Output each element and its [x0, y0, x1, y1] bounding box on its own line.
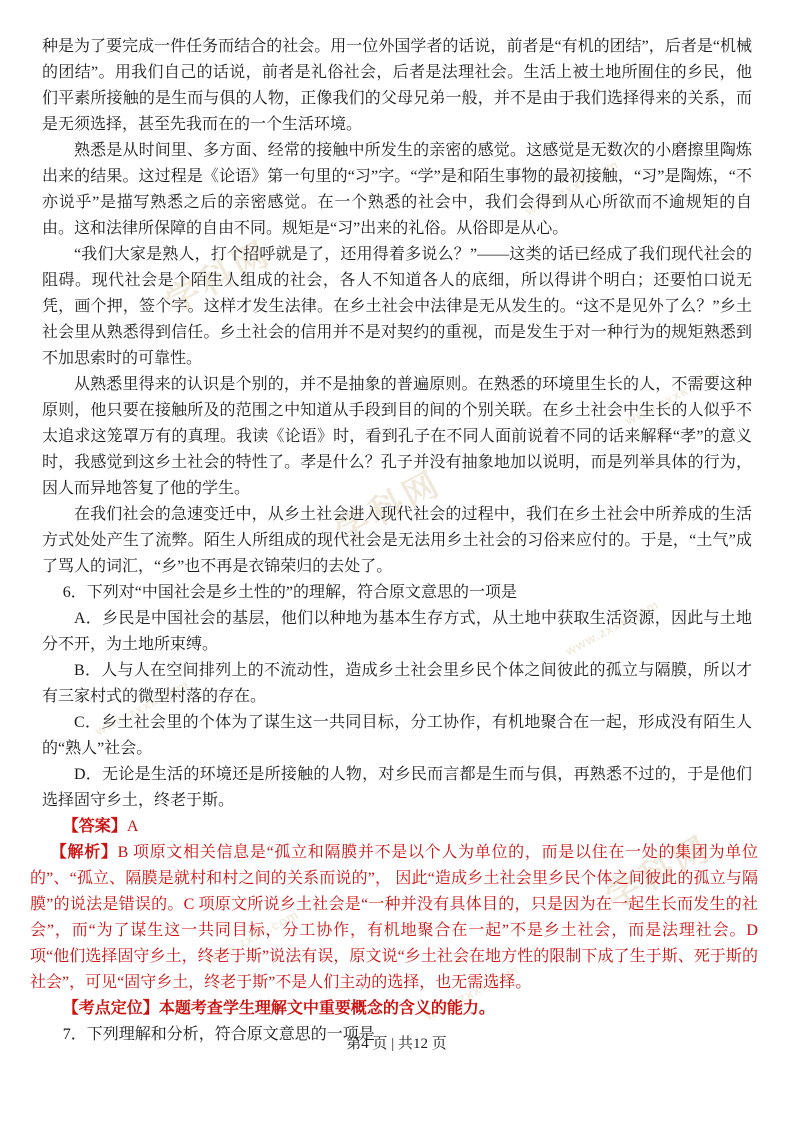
exam-point-line: 【考点定位】本题考查学生理解文中重要概念的含义的能力。 [42, 996, 752, 1022]
question-6-stem: 6．下列对“中国社会是乡土性的”的理解，符合原文意思的一项是 [42, 580, 752, 606]
answer-line: 【答案】A [42, 814, 752, 840]
exam-point-text: 本题考查学生理解文中重要概念的含义的能力。 [159, 1000, 495, 1017]
document-page: 学科网 www.zxxk.com 学科网 www.zxxk.com www.zx… [0, 0, 793, 1122]
analysis-label: 【解析】 [51, 844, 118, 861]
passage-paragraph-1: 种是为了要完成一件任务而结合的社会。用一位外国学者的话说，前者是“有机的团结”，… [42, 34, 752, 138]
question-6-option-a: A．乡民是中国社会的基层，他们以种地为基本生存方式，从土地中获取生活资源，因此与… [42, 606, 752, 658]
page-number-footer: 第4 页 | 共12 页 [0, 1032, 793, 1053]
passage-paragraph-4: 从熟悉里得来的认识是个别的，并不是抽象的普遍原则。在熟悉的环境里生长的人，不需要… [42, 372, 752, 502]
passage-body: 种是为了要完成一件任务而结合的社会。用一位外国学者的话说，前者是“有机的团结”，… [0, 0, 793, 1048]
passage-paragraph-2: 熟悉是从时间里、多方面、经常的接触中所发生的亲密的感觉。这感觉是无数次的小磨擦里… [42, 138, 752, 242]
question-6-option-c: C．乡土社会里的个体为了谋生这一共同目标，分工协作，有机地聚合在一起，形成没有陌… [42, 710, 752, 762]
passage-paragraph-3: “我们大家是熟人，打个招呼就是了，还用得着多说么？”——这类的话已经成了我们现代… [42, 242, 752, 372]
answer-value: A [127, 818, 139, 835]
analysis-block: 【解析】B 项原文相关信息是“孤立和隔膜并不是以个人为单位的，而是以住在一处的集… [30, 840, 758, 996]
question-6-option-d: D．无论是生活的环境还是所接触的人物，对乡民而言都是生而与俱，再熟悉不过的，于是… [42, 762, 752, 814]
exam-point-label: 【考点定位】 [63, 1000, 159, 1017]
passage-paragraph-5: 在我们社会的急速变迁中，从乡土社会进入现代社会的过程中，我们在乡土社会中所养成的… [42, 502, 752, 580]
analysis-text: B 项原文相关信息是“孤立和隔膜并不是以个人为单位的，而是以住在一处的集团为单位… [30, 844, 758, 991]
question-6-option-b: B．人与人在空间排列上的不流动性，造成乡土社会里乡民个体之间彼此的孤立与隔膜，所… [42, 658, 752, 710]
answer-label: 【答案】 [63, 818, 127, 835]
